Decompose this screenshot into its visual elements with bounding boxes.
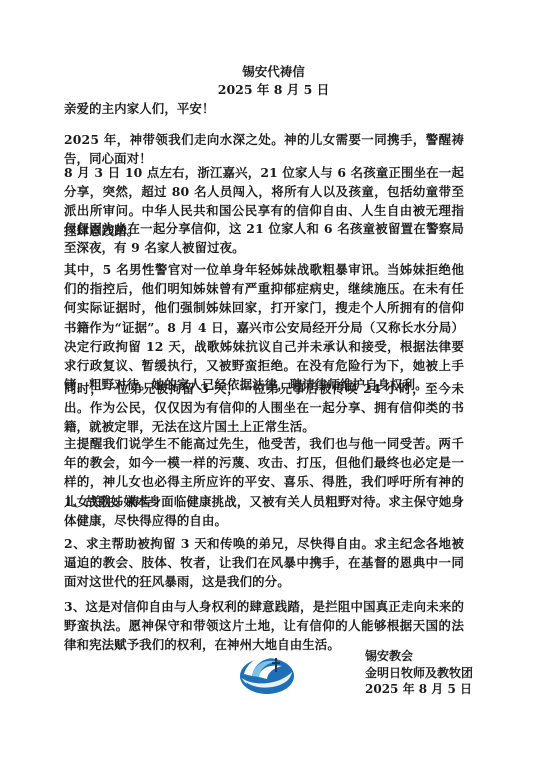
- paragraph-detention: 仅仅因为坐在一起分享信仰，这 21 位家人和 6 名孩童被留置在警察局至深夜，有…: [64, 219, 464, 257]
- paragraph-brothers: 同时，一位弟兄被拘留 3 天，一位弟兄事后被传唤 24 小时，至今未出。作为公民…: [64, 379, 464, 437]
- greeting: 亲爱的主内家人们，平安！: [64, 99, 464, 118]
- paragraph-interrogation: 其中，5 名男性警官对一位单身年轻姊妹战歌粗暴审讯。当姊妹拒绝他们的指控后，他们…: [64, 260, 464, 394]
- signature-pastoral-team: 金明日牧师及教牧团: [365, 665, 473, 682]
- letter-title: 锡安代祷信: [0, 63, 547, 81]
- letter-page: 锡安代祷信 2025 年 8 月 5 日 亲爱的主内家人们，平安！ 2025 年…: [0, 0, 547, 773]
- church-logo-waves-cross-icon: [238, 652, 296, 696]
- prayer-item-1: 1、战歌姊妹本身面临健康挑战，又被有关人员粗野对待。求主保守她身体健康，尽快得应…: [64, 492, 464, 530]
- prayer-item-3: 3、这是对信仰自由与人身权利的肆意践踏，是拦阻中国真正走向未来的野蛮执法。愿神保…: [64, 597, 464, 655]
- signature-date: 2025 年 8 月 5 日: [365, 681, 473, 698]
- prayer-item-2: 2、求主帮助被拘留 3 天和传唤的弟兄，尽快得自由。求主纪念各地被逼迫的教会、肢…: [64, 534, 464, 592]
- signature-block: 锡安教会 金明日牧师及教牧团 2025 年 8 月 5 日: [365, 648, 473, 698]
- signature-church: 锡安教会: [365, 648, 473, 665]
- letter-date: 2025 年 8 月 5 日: [0, 81, 547, 99]
